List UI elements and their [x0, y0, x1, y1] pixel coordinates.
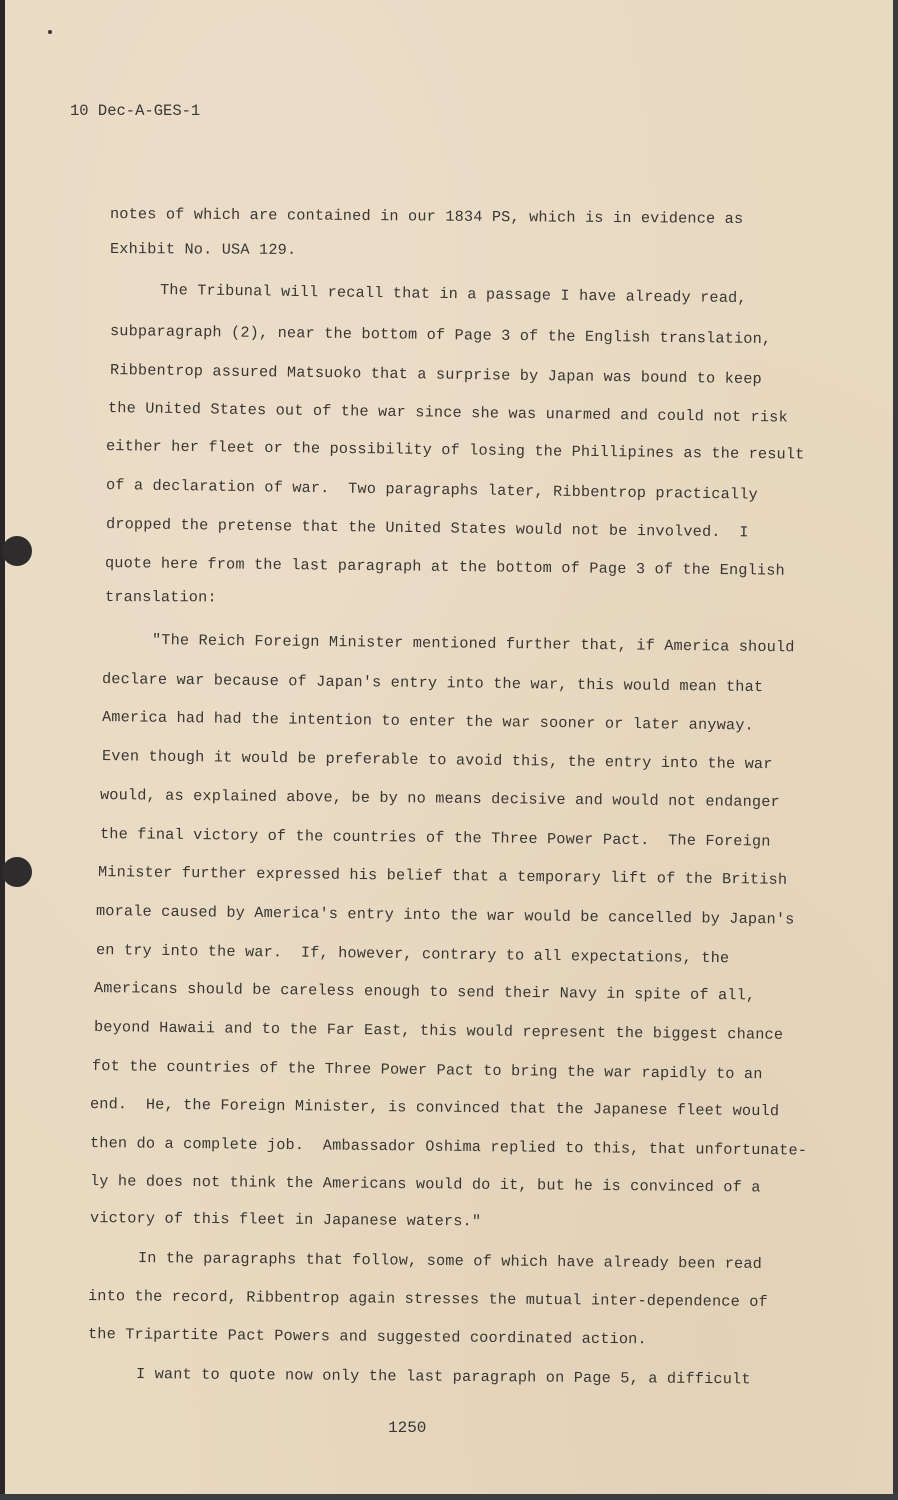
ink-speck: [48, 30, 52, 34]
quote-line: victory of this fleet in Japanese waters…: [90, 1209, 481, 1230]
text-line: In the paragraphs that follow, some of w…: [138, 1249, 762, 1273]
quote-line: en try into the war. If, however, contra…: [96, 941, 730, 967]
quote-line: then do a complete job. Ambassador Oshim…: [90, 1134, 807, 1160]
binder-hole-icon: [2, 536, 32, 566]
quote-line: Americans should be careless enough to s…: [94, 979, 755, 1005]
page-right-edge: [893, 0, 898, 1500]
text-line: subparagraph (2), near the bottom of Pag…: [110, 322, 771, 348]
text-line: The Tribunal will recall that in a passa…: [160, 281, 747, 307]
quote-line: beyond Hawaii and to the Far East, this …: [94, 1018, 783, 1044]
document-page: 10 Dec-A-GES-1 notes of which are contai…: [5, 0, 893, 1494]
quote-line: the final victory of the countries of th…: [100, 825, 771, 851]
quote-line: declare war because of Japan's entry int…: [102, 670, 763, 696]
text-line: quote here from the last paragraph at th…: [105, 554, 785, 580]
text-line: into the record, Ribbentrop again stress…: [88, 1287, 768, 1311]
text-line: the United States out of the war since s…: [108, 399, 788, 426]
quote-line: morale caused by America's entry into th…: [96, 902, 795, 929]
quote-line: ly he does not think the Americans would…: [90, 1172, 761, 1196]
text-line: notes of which are contained in our 1834…: [110, 205, 743, 228]
page-bottom-edge: [0, 1494, 898, 1500]
binder-hole-icon: [2, 857, 32, 887]
text-line: I want to quote now only the last paragr…: [136, 1365, 751, 1388]
quote-line: Even though it would be preferable to av…: [102, 747, 773, 773]
text-line: Exhibit No. USA 129.: [110, 240, 296, 259]
text-line: the Tripartite Pact Powers and suggested…: [88, 1325, 647, 1348]
page-number: 1250: [388, 1419, 426, 1437]
text-line: either her fleet or the possibility of l…: [106, 437, 805, 464]
document-header-code: 10 Dec-A-GES-1: [70, 102, 200, 120]
page-left-edge: [0, 0, 5, 1500]
quote-line: Minister further expressed his belief th…: [98, 863, 787, 889]
quote-line: "The Reich Foreign Minister mentioned fu…: [152, 631, 795, 656]
text-line: Ribbentrop assured Matsuoko that a surpr…: [110, 361, 762, 388]
text-line: of a declaration of war. Two paragraphs …: [106, 476, 758, 504]
quote-line: would, as explained above, be by no mean…: [100, 786, 780, 811]
text-line: dropped the pretense that the United Sta…: [106, 515, 749, 541]
quote-line: end. He, the Foreign Minister, is convin…: [90, 1095, 779, 1120]
quote-line: America had had the intention to enter t…: [102, 708, 754, 735]
quote-line: fot the countries of the Three Power Pac…: [92, 1057, 763, 1083]
text-line: translation:: [105, 588, 217, 606]
